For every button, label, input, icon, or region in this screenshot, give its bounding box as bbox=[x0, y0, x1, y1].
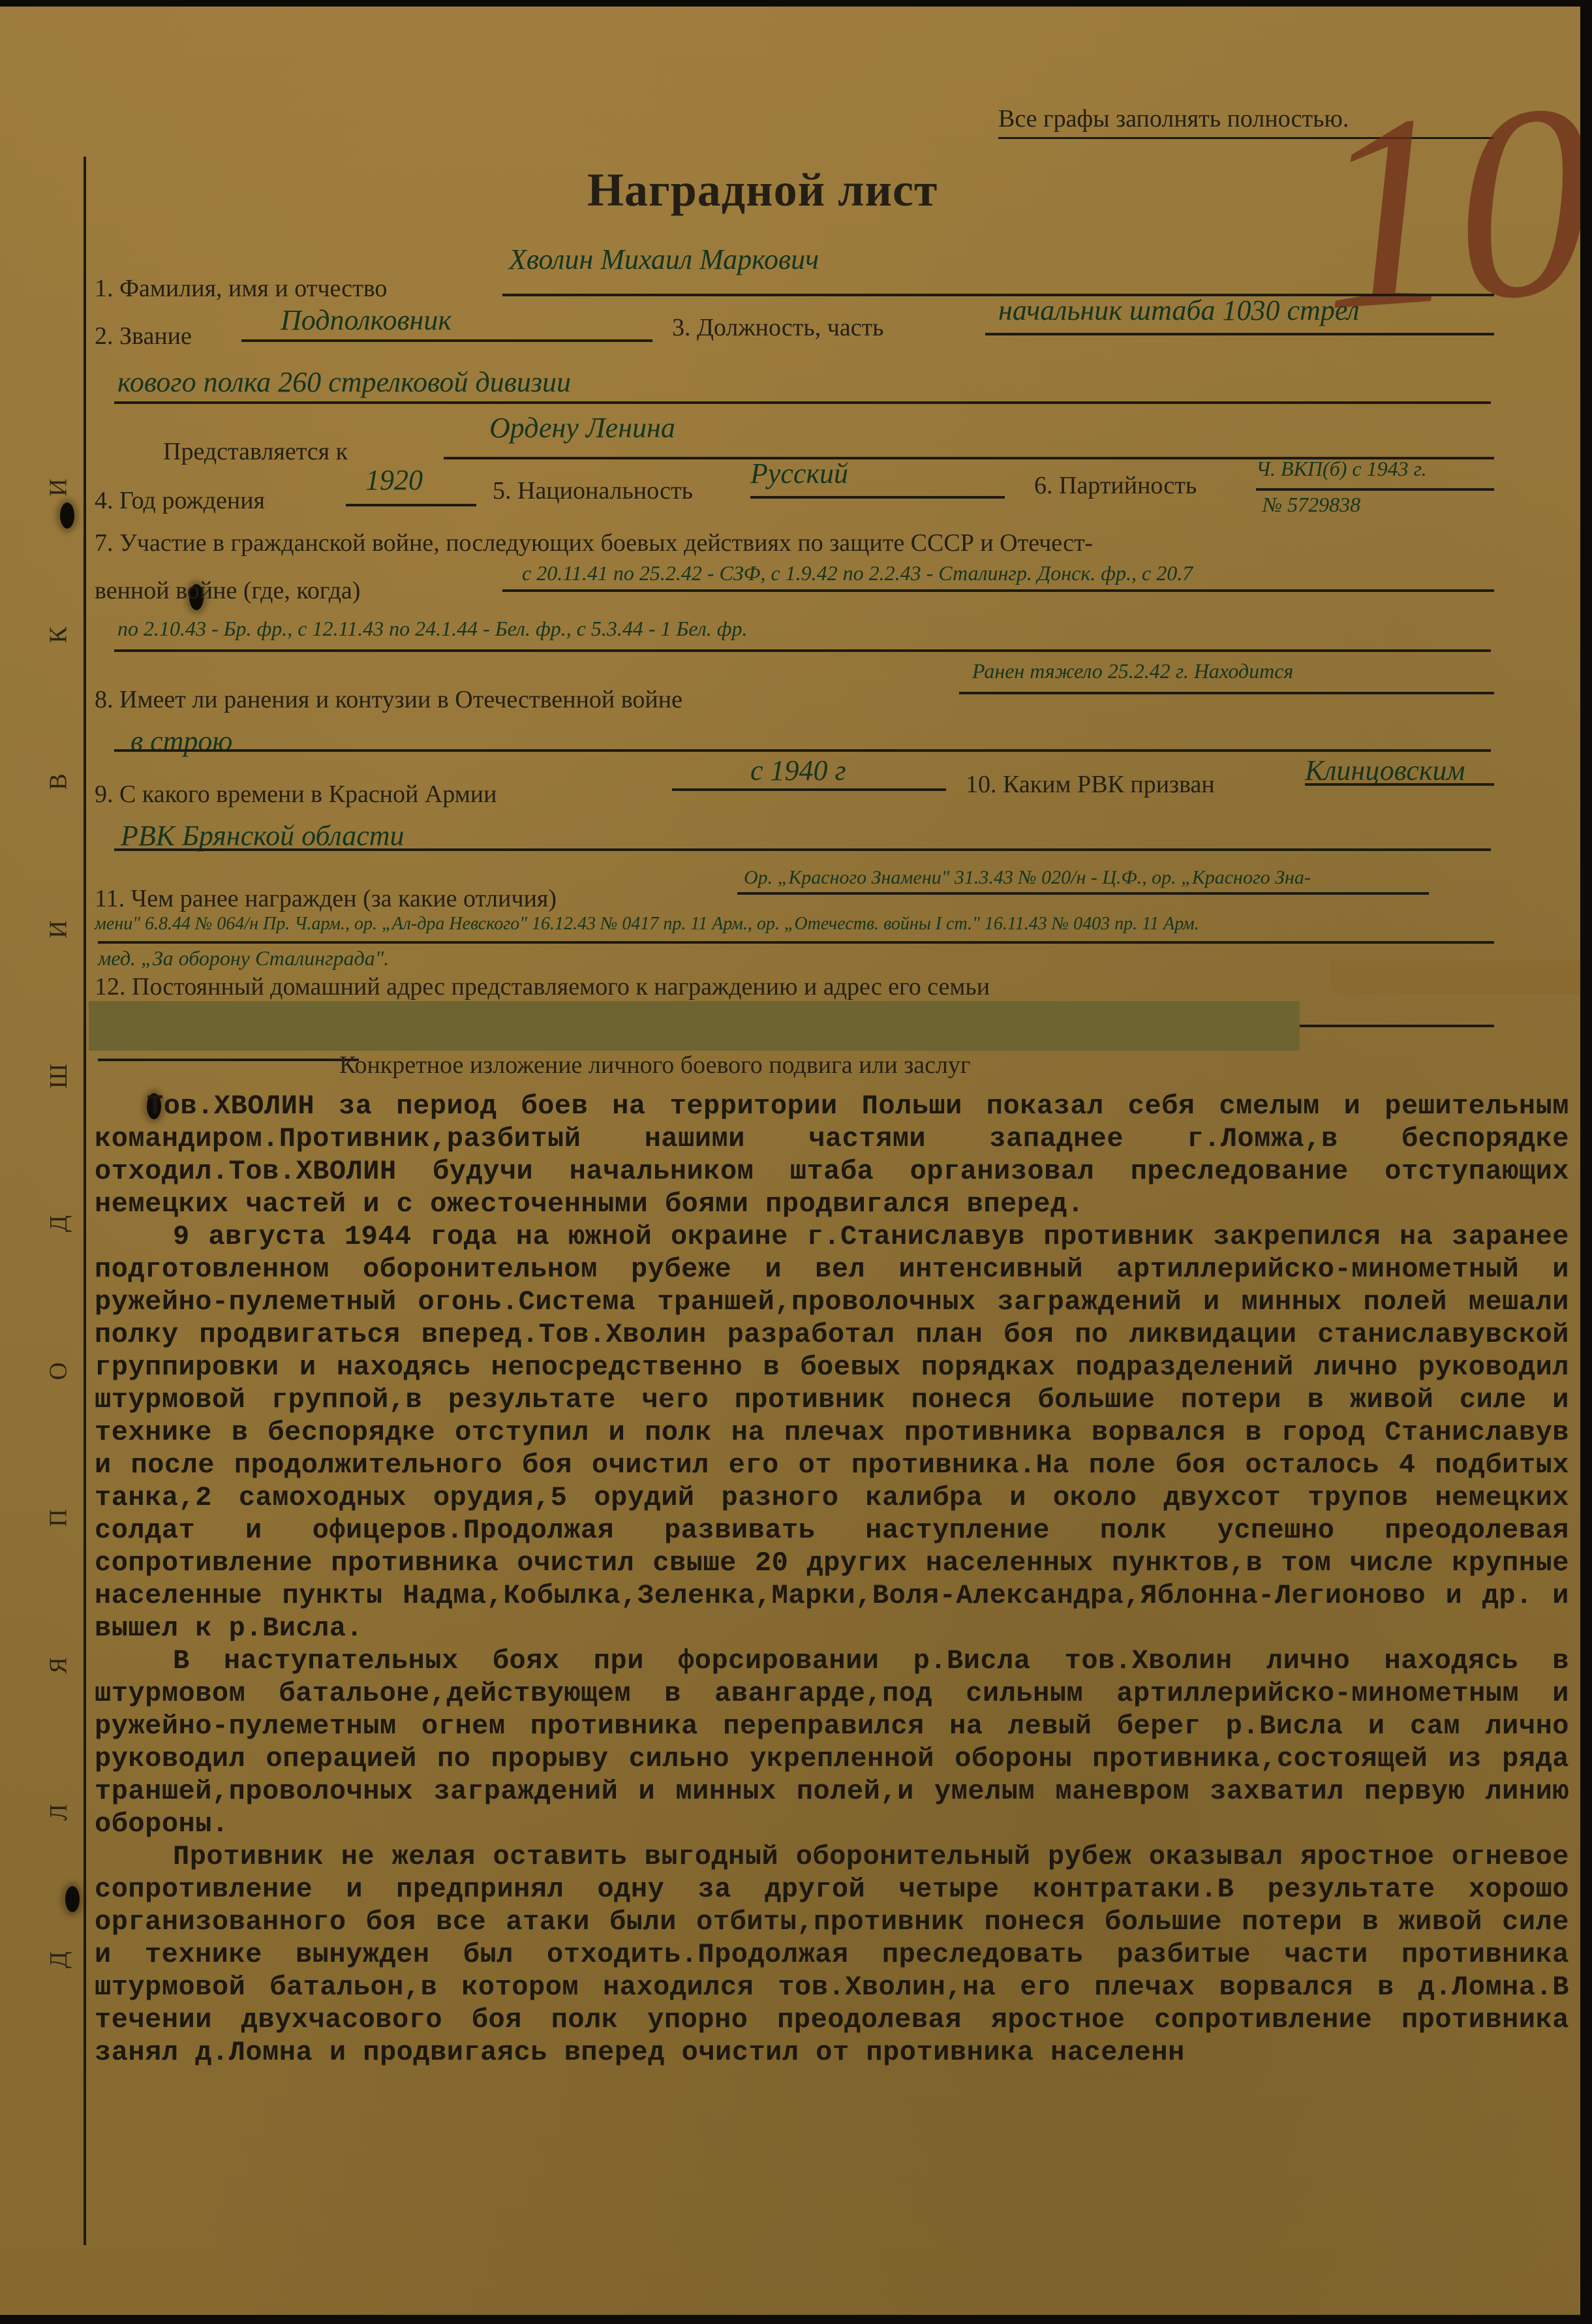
margin-letter: В bbox=[44, 774, 73, 790]
punch-hole bbox=[60, 503, 74, 529]
binding-margin-line bbox=[84, 157, 86, 2245]
margin-letter: Я bbox=[44, 1657, 73, 1673]
rule bbox=[1256, 488, 1494, 491]
margin-letter: К bbox=[44, 627, 73, 643]
field-9-label: 9. С какого времени в Красной Армии bbox=[95, 780, 497, 809]
rule bbox=[114, 401, 1491, 404]
field-10-label: 10. Каким РВК призван bbox=[966, 770, 1215, 799]
punch-hole bbox=[65, 1886, 80, 1912]
redaction-box bbox=[89, 1001, 1300, 1051]
rule bbox=[114, 848, 1491, 851]
redaction-box bbox=[1331, 961, 1592, 995]
field-7-label-cont: венной войне (где, когда) bbox=[95, 576, 360, 605]
field-9-since: с 1940 г bbox=[750, 754, 846, 787]
field-12-label: 12. Постоянный домашний адрес представля… bbox=[95, 972, 990, 1001]
field-4-birth-year: 1920 bbox=[365, 463, 423, 497]
margin-letter: О bbox=[44, 1362, 73, 1380]
field-11-prior-awards-3: мед. „За оборону Сталинграда". bbox=[98, 946, 389, 970]
field-11-label: 11. Чем ранее награжден (за какие отличи… bbox=[95, 884, 557, 913]
rule bbox=[241, 339, 652, 342]
field-6-party: Ч. ВКП(б) с 1943 г. bbox=[1256, 457, 1427, 481]
narrative-heading: Конкретное изложение личного боевого под… bbox=[339, 1051, 971, 1079]
field-7-label: 7. Участие в гражданской войне, последую… bbox=[95, 529, 1093, 557]
field-4-label: 4. Год рождения bbox=[95, 486, 265, 515]
field-2-label: 2. Звание bbox=[95, 322, 192, 350]
rule bbox=[985, 333, 1494, 335]
margin-letter: И bbox=[44, 920, 73, 938]
margin-letter: П bbox=[44, 1509, 73, 1526]
scan-border-bottom bbox=[0, 2315, 1592, 2324]
margin-letter: И bbox=[44, 478, 73, 496]
margin-letter: Ш bbox=[44, 1064, 73, 1089]
rule bbox=[98, 1059, 359, 1061]
field-5-label: 5. Национальность bbox=[493, 476, 693, 505]
margin-letter: Д bbox=[44, 1951, 73, 1968]
field-1-full-name: Хволин Михаил Маркович bbox=[509, 243, 819, 276]
rule bbox=[114, 649, 1491, 652]
margin-letter: Д bbox=[44, 1215, 73, 1232]
field-2-rank: Подполковник bbox=[281, 303, 452, 337]
narrative-body: Тов.ХВОЛИН за период боев на территории … bbox=[95, 1090, 1569, 2069]
award-sheet-paper: Д Л Я П О Д Ш И В К И Все графы заполнят… bbox=[0, 7, 1582, 2317]
rule bbox=[502, 589, 1494, 592]
presented-to-label: Представляется к bbox=[163, 437, 348, 466]
fill-all-fields-note: Все графы заполнять полностью. bbox=[998, 104, 1349, 133]
field-3-label: 3. Должность, часть bbox=[672, 313, 884, 342]
margin-letter: Л bbox=[44, 1804, 73, 1821]
field-8-wounds-cont: в строю bbox=[130, 724, 232, 758]
field-10-draft-office: Клинцовским bbox=[1305, 754, 1465, 787]
document-title: Наградной лист bbox=[587, 163, 938, 217]
field-10-draft-office-cont: РВК Брянской области bbox=[121, 819, 405, 852]
rule bbox=[1298, 1025, 1494, 1027]
rule bbox=[672, 788, 946, 791]
field-11-prior-awards-2: мени" 6.8.44 № 064/н Пр. Ч.арм., ор. „Ал… bbox=[95, 914, 1199, 935]
narrative-paragraph: Противник не желая оставить выгодный обо… bbox=[95, 1840, 1569, 2069]
field-6-label: 6. Партийность bbox=[1034, 471, 1197, 500]
binding-margin-text: Д Л Я П О Д Ш И В К И bbox=[46, 473, 72, 1974]
scan-border-right bbox=[1580, 0, 1592, 2324]
field-8-label: 8. Имеет ли ранения и контузии в Отечест… bbox=[95, 685, 682, 714]
narrative-paragraph: 9 августа 1944 года на южной окраине г.С… bbox=[95, 1220, 1569, 1645]
narrative-paragraph: В наступательных боях при форсировании р… bbox=[95, 1645, 1569, 1840]
rule bbox=[346, 504, 476, 506]
rule bbox=[737, 892, 1429, 895]
rule bbox=[959, 692, 1494, 694]
rule bbox=[98, 941, 1494, 944]
field-6-party-card: № 5729838 bbox=[1263, 493, 1360, 517]
rule bbox=[114, 749, 1491, 752]
field-3-position-cont: кового полка 260 стрелковой дивизии bbox=[117, 365, 571, 399]
field-11-prior-awards-1: Ор. „Красного Знамени" 31.3.43 № 020/н -… bbox=[744, 867, 1311, 889]
field-3-position: начальник штаба 1030 стрел bbox=[998, 294, 1359, 327]
field-8-wounds: Ранен тяжело 25.2.42 г. Находится bbox=[972, 659, 1293, 683]
field-7-service-2: по 2.10.43 - Бр. фр., с 12.11.43 по 24.1… bbox=[117, 617, 748, 641]
presented-to-award: Ордену Ленина bbox=[489, 411, 675, 444]
field-7-service-1: с 20.11.41 по 25.2.42 - СЗФ, с 1.9.42 по… bbox=[522, 561, 1193, 585]
narrative-paragraph: Тов.ХВОЛИН за период боев на территории … bbox=[95, 1090, 1569, 1220]
rule bbox=[1305, 783, 1494, 786]
field-5-nationality: Русский bbox=[750, 457, 848, 490]
field-1-label: 1. Фамилия, имя и отчество bbox=[95, 274, 387, 303]
rule bbox=[750, 496, 1005, 499]
